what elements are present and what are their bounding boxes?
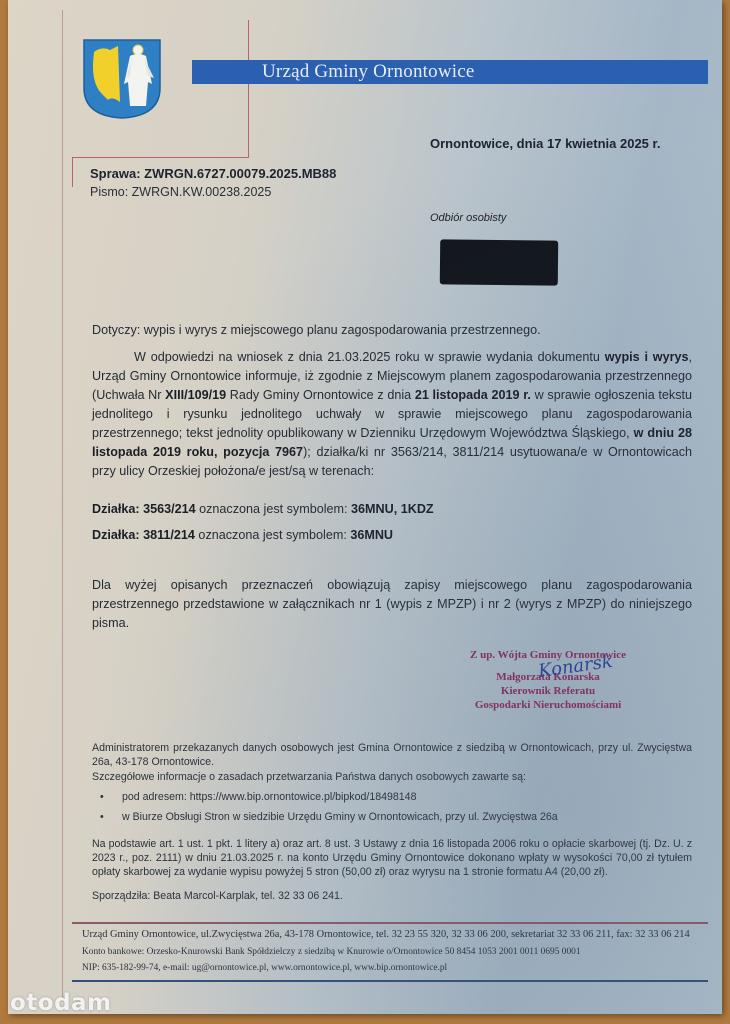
coat-of-arms-icon [82,38,162,120]
letterhead-divider [72,157,73,187]
body-paragraph: Dla wyżej opisanych przeznaczeń obowiązu… [92,576,692,633]
letterhead-banner: Urząd Gminy Ornontowice [192,60,708,84]
plot-symbol: 36MNU, 1KDZ [351,502,434,516]
bold-segment: wypis i wyrys [605,350,689,364]
subject-line: Dotyczy: wypis i wyrys z miejscowego pla… [92,321,692,340]
text-segment: oznaczona jest symbolem: [196,502,351,516]
footer-contact: NIP: 635-182-99-74, e-mail: ug@ornontowi… [82,963,722,973]
plot-symbol: 36MNU [350,528,393,542]
redacted-recipient [440,239,558,285]
fee-notice: Na podstawie art. 1 ust. 1 pkt. 1 litery… [92,837,692,879]
signatory-title: Kierownik Referatu [448,684,648,698]
watermark-logo: otodam [10,990,112,1016]
case-number: Sprawa: ZWRGN.6727.00079.2025.MB88 [90,166,336,181]
letterhead-divider [72,157,249,158]
footer-divider [72,980,708,982]
resolution-date: 21 listopada 2019 r. [415,388,531,402]
list-item: pod adresem: https://www.bip.ornontowice… [92,787,692,807]
text-segment: oznaczona jest symbolem: [195,528,350,542]
plot-designation: Działka: 3563/214 oznaczona jest symbole… [92,500,692,519]
plot-number: Działka: 3811/214 [92,528,195,542]
letter-page: Urząd Gminy Ornontowice Ornontowice, dni… [8,0,722,1014]
footer-address: Urząd Gminy Ornontowice, ul.Zwycięstwa 2… [82,929,722,940]
body-paragraph: W odpowiedzi na wniosek z dnia 21.03.202… [92,348,692,481]
footer-divider [72,922,708,924]
text-segment: Rady Gminy Ornontowice z dnia [226,388,415,402]
gdpr-notice: Administratorem przekazanych danych osob… [92,741,692,769]
gdpr-notice: Szczegółowe informacje o zasadach przetw… [92,770,692,784]
margin-line [62,10,63,1000]
gdpr-list: pod adresem: https://www.bip.ornontowice… [92,787,692,827]
list-item: w Biurze Obsługi Stron w siedzibie Urzęd… [92,807,692,827]
letterhead-divider [248,20,249,158]
place-date: Ornontowice, dnia 17 kwietnia 2025 r. [430,136,660,151]
signatory-department: Gospodarki Nieruchomościami [448,698,648,712]
prepared-by: Sporządziła: Beata Marcol-Karplak, tel. … [92,889,692,903]
text-segment: W odpowiedzi na wniosek z dnia 21.03.202… [134,350,605,364]
plot-number: Działka: 3563/214 [92,502,196,516]
footer-bank: Konto bankowe: Orzesko-Knurowski Bank Sp… [82,947,722,957]
letter-number: Pismo: ZWRGN.KW.00238.2025 [90,185,271,199]
plot-designation: Działka: 3811/214 oznaczona jest symbole… [92,526,692,545]
delivery-method: Odbiór osobisty [430,212,506,224]
resolution-number: XIII/109/19 [165,388,226,402]
institution-name: Urząd Gminy Ornontowice [262,61,475,83]
